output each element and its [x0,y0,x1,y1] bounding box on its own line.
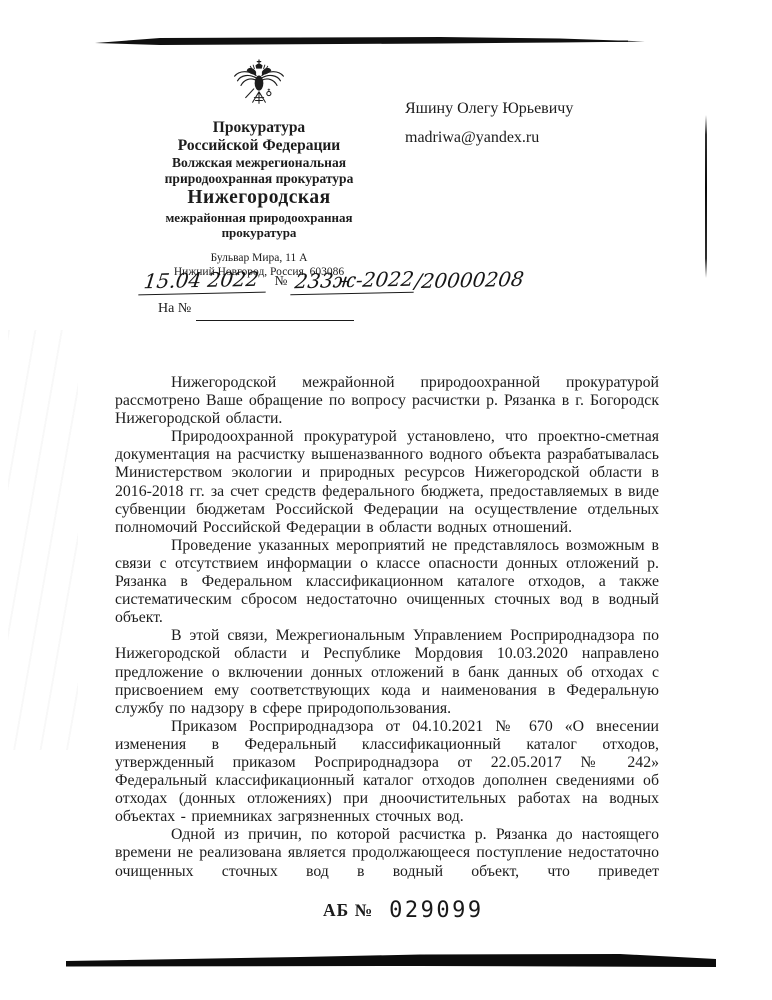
org-name-line-6: межрайонная природоохранная [126,210,392,225]
left-margin-smudge [8,330,78,750]
body-paragraph: Одной из причин, по которой расчистка р.… [115,826,659,880]
org-name-line-1: Прокуратура [126,119,392,137]
org-name-line-7: прокуратура [126,225,392,240]
org-name-line-2: Российской Федерации [126,137,392,155]
org-address-street: Бульвар Мира, 11 А [126,251,392,265]
addressee-name: Яшину Олегу Юрьевичу [405,101,573,117]
handwritten-doc-number-suffix: /20000208 [413,267,525,295]
bottom-scan-bar [66,954,716,967]
form-series: АБ № [323,900,373,920]
letter-body: Нижегородской межрайонной природоохранно… [115,374,659,881]
org-name-line-3: Волжская межрегиональная [126,155,392,171]
top-scan-line [95,37,645,45]
coat-of-arms-icon [230,57,288,115]
body-paragraph: Нижегородской межрайонной природоохранно… [115,374,659,428]
handwritten-date: 15.04 2022 [138,267,268,296]
org-name-line-4: природоохранная прокуратура [126,171,392,187]
letterhead: Прокуратура Российской Федерации Волжска… [126,57,392,280]
addressee-block: Яшину Олегу Юрьевичу madriwa@yandex.ru [405,101,573,146]
reference-number-blank [196,319,354,321]
body-paragraph: В этой связи, Межрегиональным Управление… [115,627,659,717]
number-sign: № [275,273,288,288]
reference-number-label: На № [158,301,191,317]
scanned-letter-page: Прокуратура Российской Федерации Волжска… [0,0,772,1000]
org-name-line-5: Нижегородская [126,187,392,210]
right-scan-streak [705,115,707,278]
handwritten-doc-number: 233ж-2022 [291,267,417,296]
body-paragraph: Проведение указанных мероприятий не пред… [115,537,659,627]
top-scan-line-dash [598,41,628,42]
form-number-stamp: АБ №029099 [323,898,484,923]
outgoing-number-line: 15.04 2022№233ж-2022/20000208 [140,268,470,294]
body-paragraph: Природоохранной прокуратурой установлено… [115,428,659,537]
addressee-email: madriwa@yandex.ru [405,130,573,146]
form-number: 029099 [389,898,483,923]
body-paragraph: Приказом Росприроднадзора от 04.10.2021 … [115,718,659,827]
